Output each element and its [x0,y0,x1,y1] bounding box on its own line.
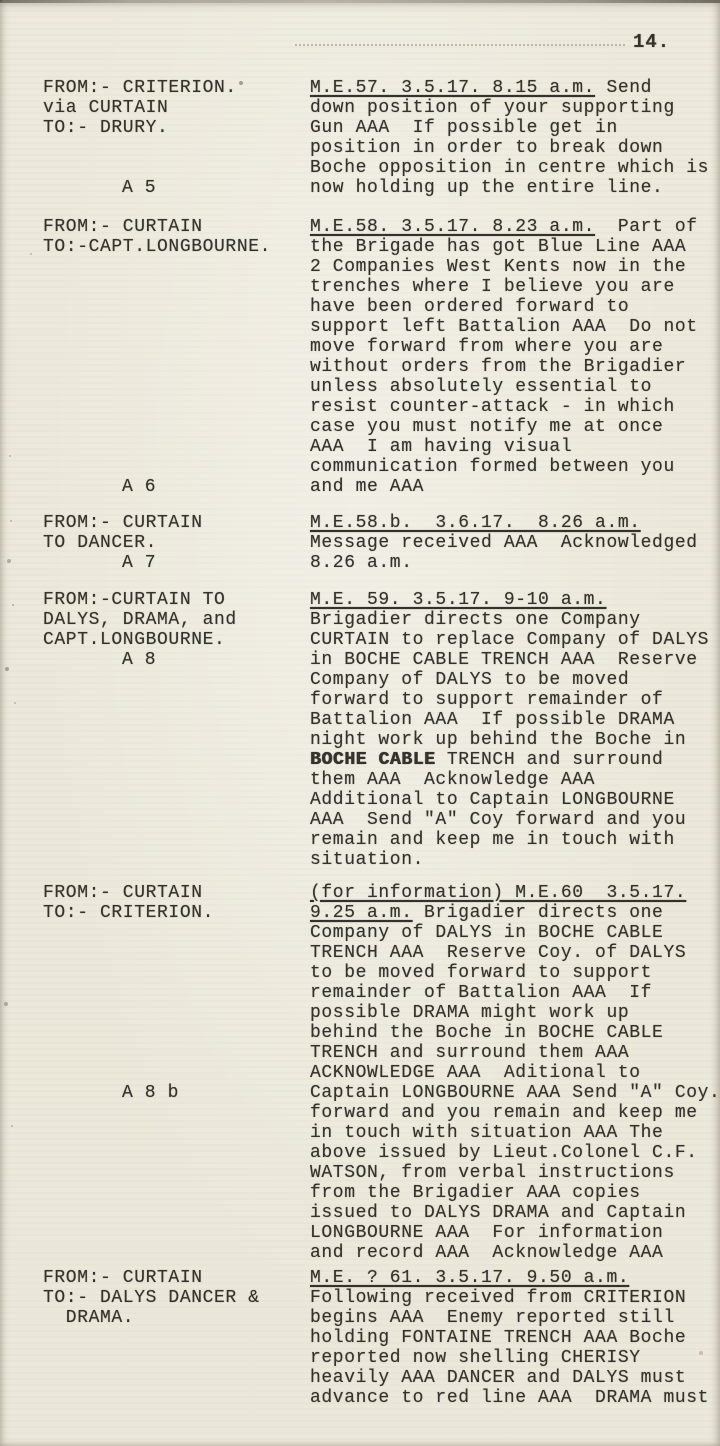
message-line: remainder of Battalion AAA If [310,983,720,1003]
message-text-segment: behind the Boche in BOCHE CABLE [310,1023,663,1043]
message-text-segment: Gun AAA If possible get in [310,118,618,138]
message-text-segment: Battalion AAA If possible DRAMA [310,710,675,730]
message-text-segment: move forward from where you are [310,337,663,357]
message-line: LONGBOURNE AAA For information [310,1223,720,1243]
message-text-segment: M.E.58.b. 3.6.17. 8.26 a.m. [310,513,641,533]
from-line: TO:- DALYS DANCER & [43,1288,260,1308]
from-line: FROM:- CURTAIN [43,1268,260,1288]
message-text-segment: now holding up the entire line. [310,178,663,198]
message-text-segment: resist counter-attack - in which [310,397,675,417]
ref-label: A 7 [122,553,156,573]
message-line: TRENCH and surround them AAA [310,1043,720,1063]
message-line: have been ordered forward to [310,297,720,317]
message-text-segment: BOCHE CABLE [310,750,435,770]
message-text-segment: ACKNOWLEDGE AAA Aditional to [310,1063,641,1083]
log-entry: FROM:-CURTAIN TODALYS, DRAMA, andCAPT.LO… [0,590,720,870]
message-line: and me AAA [310,477,720,497]
message-text-segment: unless absolutely essential to [310,377,652,397]
message-text-segment: WATSON, from verbal instructions [310,1163,675,1183]
from-column: FROM:- CRITERION.via CURTAINTO:- DRURY. [43,78,237,138]
message-text-segment: Message received AAA Acknowledged [310,533,698,553]
message-line: Gun AAA If possible get in [310,118,720,138]
message-line: support left Battalion AAA Do not [310,317,720,337]
message-log-entries: FROM:- CRITERION.via CURTAINTO:- DRURY.A… [0,78,720,1408]
message-column: M.E.58. 3.5.17. 8.23 a.m. Part ofthe Bri… [310,217,720,497]
paper-specks [0,0,2,2]
message-text-segment: have been ordered forward to [310,297,629,317]
message-text-segment: TRENCH and surround them AAA [310,1043,629,1063]
message-line: TRENCH AAA Reserve Coy. of DALYS [310,943,720,963]
message-line: (for information) M.E.60 3.5.17. [310,883,720,903]
message-line: holding FONTAINE TRENCH AAA Boche [310,1328,720,1348]
from-line: via CURTAIN [43,98,237,118]
message-text-segment: Company of DALYS in BOCHE CABLE [310,923,663,943]
message-line: Battalion AAA If possible DRAMA [310,710,720,730]
message-line: M.E.58. 3.5.17. 8.23 a.m. Part of [310,217,720,237]
log-entry: FROM:- CRITERION.via CURTAINTO:- DRURY.A… [0,78,720,198]
message-line: and record AAA Acknowledge AAA [310,1243,720,1263]
message-line: resist counter-attack - in which [310,397,720,417]
message-line: reported now shelling CHERISY [310,1348,720,1368]
message-line: move forward from where you are [310,337,720,357]
message-line: now holding up the entire line. [310,178,720,198]
ref-label: A 5 [122,178,156,198]
message-text-segment: situation. [310,850,424,870]
message-line: issued to DALYS DRAMA and Captain [310,1203,720,1223]
message-text-segment: M.E. ? 61. 3.5.17. 9.50 a.m. [310,1268,629,1288]
message-text-segment: and record AAA Acknowledge AAA [310,1243,663,1263]
message-line: above issued by Lieut.Colonel C.F. [310,1143,720,1163]
message-text-segment: the Brigade has got Blue Line AAA [310,237,686,257]
message-text-segment: 2 Companies West Kents now in the [310,257,686,277]
faded-type-marks [295,44,625,46]
message-text-segment: to be moved forward to support [310,963,652,983]
message-line: in BOCHE CABLE TRENCH AAA Reserve [310,650,720,670]
message-text-segment: advance to red line AAA DRAMA must [310,1388,709,1408]
message-line: forward to support remainder of [310,690,720,710]
log-entry: FROM:- CURTAINTO DANCER.A 7M.E.58.b. 3.6… [0,513,720,573]
message-text-segment: Brigadier directs one Company [310,610,641,630]
message-line: Captain LONGBOURNE AAA Send "A" Coy. [310,1083,720,1103]
from-line: TO:- CRITERION. [43,903,214,923]
message-line: Boche opposition in centre which is [310,158,720,178]
message-line: Company of DALYS to be moved [310,670,720,690]
message-line: remain and keep me in touch with [310,830,720,850]
message-text-segment: without orders from the Brigadier [310,357,686,377]
message-line: M.E.57. 3.5.17. 8.15 a.m. Send [310,78,720,98]
message-line: Additional to Captain LONGBOURNE [310,790,720,810]
message-line: from the Brigadier AAA copies [310,1183,720,1203]
message-line: CURTAIN to replace Company of DALYS [310,630,720,650]
message-text-segment: and me AAA [310,477,424,497]
message-line: in touch with situation AAA The [310,1123,720,1143]
message-line: M.E.58.b. 3.6.17. 8.26 a.m. [310,513,720,533]
message-line: case you must notify me at once [310,417,720,437]
message-text-segment: AAA I am having visual [310,437,572,457]
message-line: trenches where I believe you are [310,277,720,297]
message-text-segment: LONGBOURNE AAA For information [310,1223,663,1243]
from-line: FROM:- CRITERION. [43,78,237,98]
message-text-segment: M.E.58. 3.5.17. 8.23 a.m. [310,217,595,237]
message-column: M.E. ? 61. 3.5.17. 9.50 a.m.Following re… [310,1268,720,1408]
message-line: begins AAA Enemy reported still [310,1308,720,1328]
message-text-segment: Part of [595,217,698,237]
message-line: night work up behind the Boche in [310,730,720,750]
message-text-segment: 9.25 a.m. [310,903,413,923]
ref-label: A 8 b [122,1083,179,1103]
message-text-segment: Send [595,78,652,98]
message-line: M.E. ? 61. 3.5.17. 9.50 a.m. [310,1268,720,1288]
from-column: FROM:-CURTAIN TODALYS, DRAMA, andCAPT.LO… [43,590,237,650]
from-column: FROM:- CURTAINTO:-CAPT.LONGBOURNE. [43,217,271,257]
message-text-segment: remain and keep me in touch with [310,830,675,850]
message-line: them AAA Acknowledge AAA [310,770,720,790]
from-line: TO:- DRURY. [43,118,237,138]
message-text-segment: Company of DALYS to be moved [310,670,629,690]
message-line: Message received AAA Acknowledged [310,533,720,553]
message-text-segment: trenches where I believe you are [310,277,675,297]
from-line: DRAMA. [43,1308,260,1328]
message-line: down position of your supporting [310,98,720,118]
message-text-segment: above issued by Lieut.Colonel C.F. [310,1143,698,1163]
ref-label: A 6 [122,477,156,497]
message-line: AAA I am having visual [310,437,720,457]
message-text-segment: holding FONTAINE TRENCH AAA Boche [310,1328,686,1348]
from-column: FROM:- CURTAINTO:- CRITERION. [43,883,214,923]
message-column: M.E.57. 3.5.17. 8.15 a.m. Senddown posit… [310,78,720,198]
message-line: forward and you remain and keep me [310,1103,720,1123]
message-line: M.E. 59. 3.5.17. 9-10 a.m. [310,590,720,610]
message-line: AAA Send "A" Coy forward and you [310,810,720,830]
message-text-segment: Additional to Captain LONGBOURNE [310,790,675,810]
message-line: possible DRAMA might work up [310,1003,720,1023]
from-line: FROM:- CURTAIN [43,217,271,237]
message-text-segment: Boche opposition in centre which is [310,158,709,178]
message-line: communication formed between you [310,457,720,477]
page-number: 14. [633,31,670,53]
from-line: TO:-CAPT.LONGBOURNE. [43,237,271,257]
message-text-segment: heavily AAA DANCER and DALYS must [310,1368,686,1388]
message-text-segment: Captain LONGBOURNE AAA Send "A" Coy. [310,1083,720,1103]
message-line: Company of DALYS in BOCHE CABLE [310,923,720,943]
message-line: ACKNOWLEDGE AAA Aditional to [310,1063,720,1083]
message-line: Brigadier directs one Company [310,610,720,630]
message-text-segment: reported now shelling CHERISY [310,1348,641,1368]
message-line: 2 Companies West Kents now in the [310,257,720,277]
message-text-segment: from the Brigadier AAA copies [310,1183,641,1203]
message-line: Following received from CRITERION [310,1288,720,1308]
message-text-segment: AAA Send "A" Coy forward and you [310,810,686,830]
from-column: FROM:- CURTAINTO:- DALYS DANCER & DRAMA. [43,1268,260,1328]
message-text-segment: them AAA Acknowledge AAA [310,770,595,790]
message-text-segment: CURTAIN to replace Company of DALYS [310,630,709,650]
message-text-segment: Following received from CRITERION [310,1288,686,1308]
ref-label: A 8 [122,650,156,670]
from-line: CAPT.LONGBOURNE. [43,630,237,650]
message-line: BOCHE CABLE TRENCH and surround [310,750,720,770]
message-line: advance to red line AAA DRAMA must [310,1388,720,1408]
message-line: position in order to break down [310,138,720,158]
log-entry: FROM:- CURTAINTO:- DALYS DANCER & DRAMA.… [0,1268,720,1408]
message-line: behind the Boche in BOCHE CABLE [310,1023,720,1043]
message-text-segment: TRENCH and surround [435,750,663,770]
from-column: FROM:- CURTAINTO DANCER. [43,513,203,553]
message-line: to be moved forward to support [310,963,720,983]
from-line: FROM:-CURTAIN TO [43,590,237,610]
message-column: (for information) M.E.60 3.5.17.9.25 a.m… [310,883,720,1263]
from-line: TO DANCER. [43,533,203,553]
message-text-segment: Brigadier directs one [413,903,664,923]
message-text-segment: M.E.57. 3.5.17. 8.15 a.m. [310,78,595,98]
message-line: the Brigade has got Blue Line AAA [310,237,720,257]
message-text-segment: in touch with situation AAA The [310,1123,663,1143]
message-text-segment: begins AAA Enemy reported still [310,1308,675,1328]
message-text-segment: in BOCHE CABLE TRENCH AAA Reserve [310,650,698,670]
message-text-segment: forward to support remainder of [310,690,663,710]
message-line: 8.26 a.m. [310,553,720,573]
from-line: DALYS, DRAMA, and [43,610,237,630]
message-text-segment: remainder of Battalion AAA If [310,983,652,1003]
log-entry: FROM:- CURTAINTO:-CAPT.LONGBOURNE.A 6M.E… [0,217,720,497]
message-text-segment: position in order to break down [310,138,663,158]
message-text-segment: issued to DALYS DRAMA and Captain [310,1203,686,1223]
message-text-segment: possible DRAMA might work up [310,1003,629,1023]
log-entry: FROM:- CURTAINTO:- CRITERION.A 8 b(for i… [0,883,720,1263]
message-column: M.E. 59. 3.5.17. 9-10 a.m.Brigadier dire… [310,590,720,870]
message-text-segment: TRENCH AAA Reserve Coy. of DALYS [310,943,686,963]
from-line: FROM:- CURTAIN [43,513,203,533]
scan-top-edge [0,0,720,3]
message-line: WATSON, from verbal instructions [310,1163,720,1183]
message-text-segment: down position of your supporting [310,98,675,118]
message-line: heavily AAA DANCER and DALYS must [310,1368,720,1388]
message-line: unless absolutely essential to [310,377,720,397]
message-text-segment: M.E. 59. 3.5.17. 9-10 a.m. [310,590,606,610]
message-text-segment: (for information) M.E.60 3.5.17. [310,883,686,903]
message-line: 9.25 a.m. Brigadier directs one [310,903,720,923]
message-line: without orders from the Brigadier [310,357,720,377]
message-text-segment: night work up behind the Boche in [310,730,686,750]
message-text-segment: support left Battalion AAA Do not [310,317,698,337]
message-text-segment: 8.26 a.m. [310,553,413,573]
message-text-segment: case you must notify me at once [310,417,663,437]
message-line: situation. [310,850,720,870]
message-text-segment: communication formed between you [310,457,675,477]
message-text-segment: forward and you remain and keep me [310,1103,698,1123]
message-column: M.E.58.b. 3.6.17. 8.26 a.m.Message recei… [310,513,720,573]
from-line: FROM:- CURTAIN [43,883,214,903]
